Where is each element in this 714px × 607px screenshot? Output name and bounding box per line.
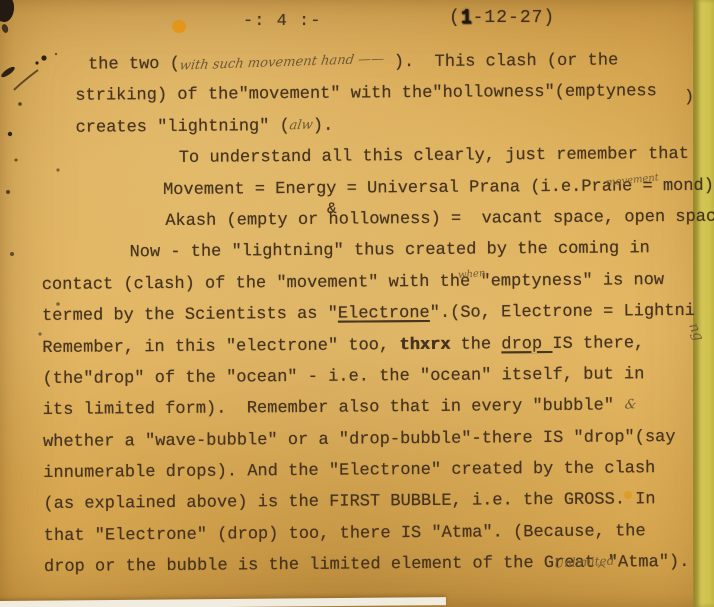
typed-segment: (the"drop" of the "ocean" - i.e. the "oc… [42,365,644,389]
typed-segment: To understand all this clearly, just rem… [179,145,689,168]
typed-segment: innumerable drops). And the "Electrone" … [43,459,655,483]
margin-paren: ) [684,88,694,107]
handwritten-segment: & [623,397,637,412]
ink-blot [0,0,17,23]
text-line: termed by the Scientists as "Electrone".… [42,301,714,338]
text-line: striking) of the"movement" with the"holl… [75,82,714,119]
date-open: ( [449,8,461,28]
typed-segment: thxrx [399,335,450,354]
text-line: its limited form). Remember also that in… [43,396,714,433]
text-line: whether a "wave-bubble" or a "drop-bubbl… [43,427,714,464]
typed-segment: creates "lightning" ( [75,117,289,138]
text-line: innumerable drops). And the "Electrone" … [43,458,714,495]
typed-segment: whether a "wave-bubble" or a "drop-bubbl… [43,428,676,452]
typed-segment: contact (clash) of the "movement" with t… [42,271,664,295]
typed-segment: the two ( [88,55,180,75]
text-line: (as explained above) is the FIRST BUBBLE… [43,490,714,527]
text-line: Now - the "lightning" thus created by th… [129,239,714,275]
typed-segment: Remember, in this "electrone" too, [42,336,399,358]
text-line: Akash (empty or hollowness) = vacant spa… [165,207,714,243]
text-line: (the"drop" of the "ocean" - i.e. the "oc… [42,364,714,401]
typed-segment: Akash (empty or hollowness) = vacant spa… [165,207,714,230]
date-stamp: (1-12-27) [449,8,555,28]
page-number: -: 4 :- [243,12,321,31]
handwritten-segment: alw [289,117,314,133]
typed-segment: striking) of the"movement" with the"holl… [75,83,657,107]
date-rest: -12-27) [473,8,556,28]
typed-segment: Electrone [338,304,430,324]
typed-segment: its limited form). Remember also that in… [43,397,625,421]
typed-segment: (as explained above) is the FIRST BUBBLE… [43,491,655,515]
ink-blot-digit: 1 [461,6,473,30]
ink-blot-small [1,23,10,34]
typed-segment: that "Electrone" (drop) too, there IS "A… [44,522,646,546]
document-page: -: 4 :- (1-12-27) the two (with such mov… [0,0,714,607]
typed-segment: Now - the "lightning" thus created by th… [129,240,649,263]
typed-segment: drop [501,335,552,354]
typed-segment: ). This clash (or the [384,51,619,72]
handwritten-note-when: when [458,268,486,281]
text-line: contact (clash) of the "movement" with t… [42,270,714,307]
handwritten-segment: with such movement hand —— [178,52,385,74]
typed-segment: ".(So, Electrone = Lightni [430,302,695,323]
ampersand-insert: & [327,200,337,218]
typewritten-text: the two (with such movement hand —— ). T… [0,50,714,590]
text-line: creates "lightning" (alw). [75,113,714,150]
typed-segment: termed by the Scientists as " [42,305,338,326]
typed-segment: the [450,335,501,354]
typed-segment: IS there, [552,334,644,354]
typed-segment: ). [313,116,334,135]
typed-segment: "Atma"). [608,553,690,573]
scan-edge [0,597,446,607]
text-line: the two (with such movement hand —— ). T… [88,50,714,87]
paper-stain [172,20,186,33]
text-line: Remember, in this "electrone" too, thxrx… [42,333,714,370]
typed-segment: drop or the bubble is the limited elemen… [44,554,595,577]
